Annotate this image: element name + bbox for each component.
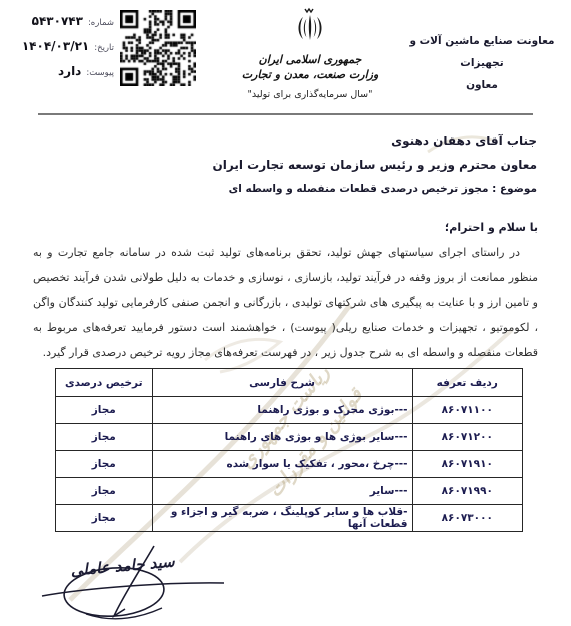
- cell-description: ---سایر بوژی ها و بوژی های راهنما: [152, 424, 412, 451]
- letterhead-center: جمهوری اسلامی ایران وزارت صنعت، معدن و ت…: [218, 6, 402, 100]
- cell-description: ---بوژی محرک و بوژی راهنما: [152, 397, 412, 424]
- number-label: شماره:: [88, 18, 114, 28]
- recipient-title: معاون محترم وزیر و رئیس سازمان توسعه تجا…: [213, 153, 537, 177]
- subject-line: موضوع : مجوز ترخیص درصدی قطعات منفصله و …: [229, 183, 537, 195]
- table-header-row: ردیف تعرفه شرح فارسی ترخیص درصدی: [56, 369, 523, 397]
- cell-clearance: مجاز: [56, 397, 153, 424]
- meta-date: تاریخ: ۱۴۰۴/۰۳/۲۱: [6, 39, 114, 64]
- header-description: شرح فارسی: [152, 369, 412, 397]
- table-row: ۸۶۰۷۱۱۰۰ ---بوژی محرک و بوژی راهنما مجاز: [56, 397, 523, 424]
- tariff-table: ردیف تعرفه شرح فارسی ترخیص درصدی ۸۶۰۷۱۱۰…: [55, 368, 523, 532]
- cell-tariff-code: ۸۶۰۷۳۰۰۰: [412, 505, 522, 532]
- cell-clearance: مجاز: [56, 451, 153, 478]
- header-clearance: ترخیص درصدی: [56, 369, 153, 397]
- header-divider: [38, 113, 533, 115]
- department-header: معاونت صنایع ماشین آلات و تجهیزات معاون: [396, 30, 568, 96]
- date-label: تاریخ:: [94, 43, 114, 53]
- cell-tariff-code: ۸۶۰۷۱۱۰۰: [412, 397, 522, 424]
- department-line1: معاونت صنایع ماشین آلات و تجهیزات: [396, 30, 568, 74]
- cell-clearance: مجاز: [56, 478, 153, 505]
- table-row: ۸۶۰۷۳۰۰۰ -قلاب ها و سایر کوپلینگ ، ضربه …: [56, 505, 523, 532]
- recipient-block: جناب آقای دهقان دهنوی معاون محترم وزیر و…: [213, 129, 537, 177]
- department-line2: معاون: [396, 74, 568, 96]
- letter-page: ریاست جمهوری قوانین و مقررات معاونت صنای…: [0, 0, 571, 626]
- table-row: ۸۶۰۷۱۹۱۰ ---چرخ ،محور ، تفکیک یا سوار شد…: [56, 451, 523, 478]
- attachment-label: پیوست:: [86, 68, 114, 78]
- number-value: ۵۴۳۰۷۴۳: [32, 14, 83, 28]
- cell-description: ---چرخ ،محور ، تفکیک یا سوار شده: [152, 451, 412, 478]
- signatory-name: سید حامد عاملی: [70, 552, 177, 579]
- meta-attachment: پیوست: دارد: [6, 64, 114, 89]
- salutation: با سلام و احترام؛: [445, 221, 538, 234]
- gov-line1: جمهوری اسلامی ایران: [218, 52, 402, 67]
- iran-emblem-icon: [293, 6, 327, 48]
- year-slogan: "سال سرمایه‌گذاری برای تولید": [218, 89, 402, 100]
- cell-tariff-code: ۸۶۰۷۱۹۱۰: [412, 451, 522, 478]
- signature-block: سید حامد عاملی: [26, 538, 238, 624]
- qr-code: [120, 10, 196, 86]
- table-row: ۸۶۰۷۱۹۹۰ ---سایر مجاز: [56, 478, 523, 505]
- cell-clearance: مجاز: [56, 424, 153, 451]
- cell-clearance: مجاز: [56, 505, 153, 532]
- meta-number: شماره: ۵۴۳۰۷۴۳: [6, 14, 114, 39]
- cell-tariff-code: ۸۶۰۷۱۹۹۰: [412, 478, 522, 505]
- letter-meta: شماره: ۵۴۳۰۷۴۳ تاریخ: ۱۴۰۴/۰۳/۲۱ پیوست: …: [6, 14, 114, 89]
- body-paragraph: در راستای اجرای سیاستهای جهش تولید، تحقق…: [33, 240, 538, 365]
- cell-description: -قلاب ها و سایر کوپلینگ ، ضربه گیر و اجز…: [152, 505, 412, 532]
- date-value: ۱۴۰۴/۰۳/۲۱: [22, 39, 89, 53]
- signature-scribble: سید حامد عاملی: [26, 538, 238, 624]
- attachment-value: دارد: [58, 64, 81, 78]
- header-tariff-code: ردیف تعرفه: [412, 369, 522, 397]
- gov-line2: وزارت صنعت، معدن و تجارت: [218, 67, 402, 82]
- table-row: ۸۶۰۷۱۲۰۰ ---سایر بوژی ها و بوژی های راهن…: [56, 424, 523, 451]
- cell-tariff-code: ۸۶۰۷۱۲۰۰: [412, 424, 522, 451]
- recipient-name: جناب آقای دهقان دهنوی: [213, 129, 537, 153]
- cell-description: ---سایر: [152, 478, 412, 505]
